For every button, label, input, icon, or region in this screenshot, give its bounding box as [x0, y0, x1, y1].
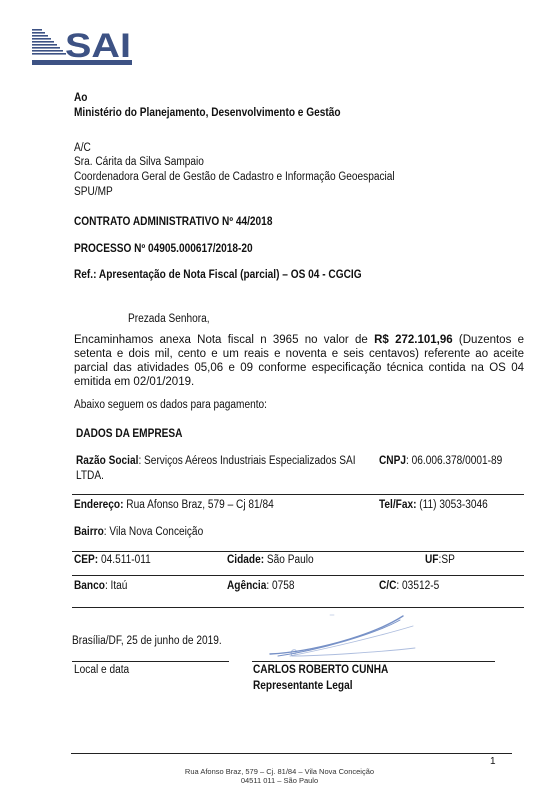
telfax-field: Tel/Fax: (11) 3053-3046 — [379, 499, 503, 511]
recipient-role: Coordenadora Geral de Gestão de Cadastro… — [74, 171, 438, 183]
recipient-name: Sra. Cárita da Silva Sampaio — [74, 156, 222, 168]
razao-social-cont: LTDA. — [76, 470, 108, 482]
signature-line — [252, 661, 495, 662]
footer-divider — [71, 753, 512, 754]
divider — [72, 494, 524, 495]
bairro-field: Bairro: Vila Nova Conceição — [74, 526, 221, 538]
sai-logo: SAI — [32, 27, 136, 67]
endereco-field: Endereço: Rua Afonso Braz, 579 – Cj 81/8… — [74, 499, 301, 511]
attention-label: A/C — [74, 142, 93, 154]
cidade-field: Cidade: São Paulo — [227, 554, 325, 566]
body-paragraph: Encaminhamos anexa Nota fiscal n 3965 no… — [74, 333, 524, 389]
page-number: 1 — [490, 756, 496, 767]
signature-scribble — [260, 612, 430, 662]
footer-address-line1: Rua Afonso Braz, 579 – Cj. 81/84 – Vila … — [0, 767, 559, 776]
body-text-part1: Encaminhamos anexa Nota fiscal n 3965 no… — [74, 334, 374, 346]
recipient-organization: Ministério do Planejamento, Desenvolvime… — [74, 107, 377, 119]
agencia-field: Agência: 0758 — [227, 580, 304, 592]
cep-field: CEP: 04.511-011 — [74, 554, 161, 566]
divider — [72, 607, 524, 608]
place-date-caption: Local e data — [74, 664, 137, 676]
company-section-title: DADOS DA EMPRESA — [76, 428, 197, 440]
recipient-unit: SPU/MP — [74, 186, 118, 198]
place-date: Brasília/DF, 25 de junho de 2019. — [72, 635, 242, 647]
divider — [72, 575, 524, 576]
svg-text:SAI: SAI — [65, 27, 131, 65]
cnpj-field: CNPJ: 06.006.378/0001-89 — [379, 455, 519, 467]
payment-intro: Abaixo seguem os dados para pagamento: — [74, 399, 293, 411]
signer-name: CARLOS ROBERTO CUNHA — [253, 664, 407, 676]
greeting: Prezada Senhora, — [128, 313, 221, 325]
uf-field: UF:SP — [425, 554, 459, 566]
reference-line: Ref.: Apresentação de Nota Fiscal (parci… — [74, 269, 401, 281]
cc-field: C/C: 03512-5 — [379, 580, 447, 592]
footer-address-line2: 04511 011 – São Paulo — [0, 776, 559, 785]
place-date-line — [72, 661, 229, 662]
banco-field: Banco: Itaú — [74, 580, 135, 592]
contract-number: CONTRATO ADMINISTRATIVO Nº 44/2018 — [74, 216, 300, 228]
invoice-amount: R$ 272.101,96 — [374, 334, 453, 346]
process-number: PROCESSO Nº 04905.000617/2018-20 — [74, 243, 277, 255]
divider — [72, 551, 524, 552]
razao-social-field: Razão Social: Serviços Aéreos Industriai… — [76, 455, 394, 467]
salutation-to: Ao — [74, 92, 89, 104]
signer-title: Representante Legal — [253, 680, 366, 692]
